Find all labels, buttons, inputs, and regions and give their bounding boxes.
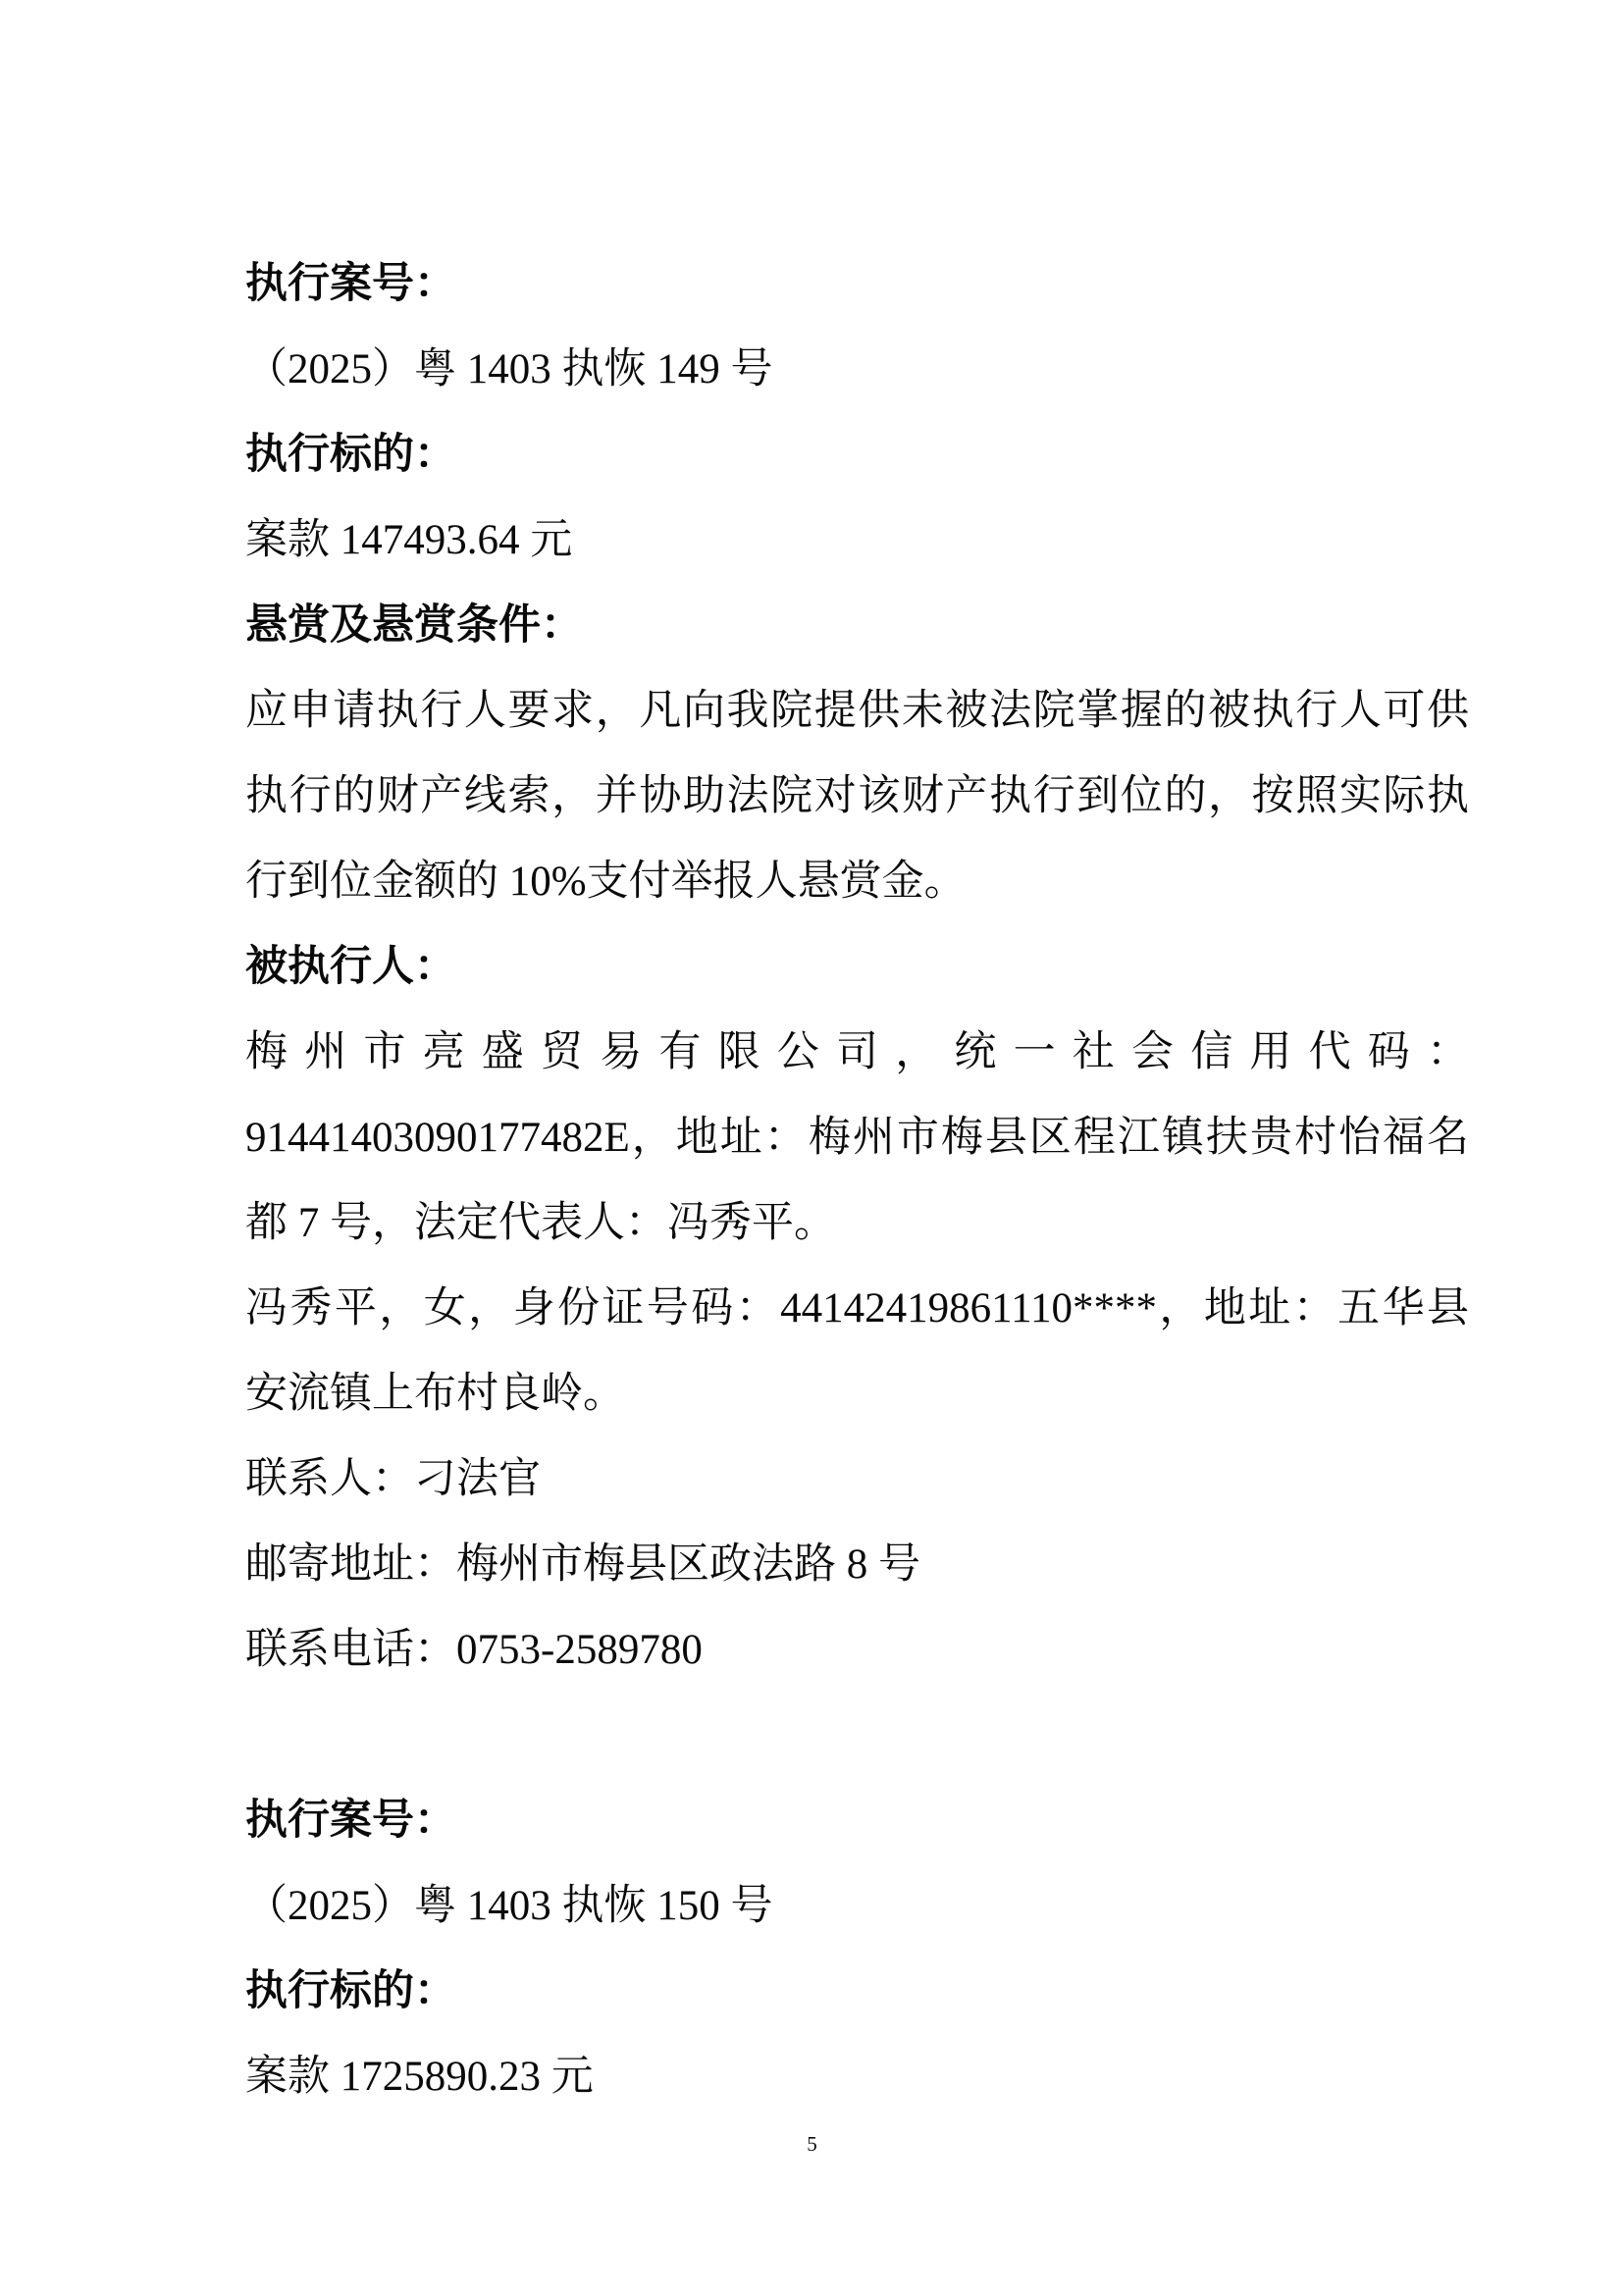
document-line: （2025）粤 1403 执恢 150 号 (245, 1863, 1469, 1949)
section-heading: 被执行人： (245, 924, 1469, 1010)
section-heading: 执行案号： (245, 241, 1469, 327)
document-line: 安流镇上布村良岭。 (245, 1351, 1469, 1436)
document-line: 91441403090177482E，地址：梅州市梅县区程江镇扶贵村怡福名 (245, 1095, 1469, 1180)
document-line: 行到位金额的 10%支付举报人悬赏金。 (245, 839, 1469, 924)
document-page: 执行案号：（2025）粤 1403 执恢 149 号执行标的：案款 147493… (0, 0, 1624, 2296)
section-heading: 执行案号： (245, 1778, 1469, 1863)
document-line: 冯秀平，女，身份证号码：44142419861110****，地址：五华县 (245, 1266, 1469, 1351)
section-heading: 悬赏及悬赏条件： (245, 583, 1469, 668)
document-line: 联系电话：0753-2589780 (245, 1607, 1469, 1693)
document-line: 执行的财产线索，并协助法院对该财产执行到位的，按照实际执 (245, 754, 1469, 839)
document-body: 执行案号：（2025）粤 1403 执恢 149 号执行标的：案款 147493… (245, 241, 1469, 2119)
document-line: 应申请执行人要求，凡向我院提供未被法院掌握的被执行人可供 (245, 668, 1469, 754)
document-line: （2025）粤 1403 执恢 149 号 (245, 327, 1469, 412)
document-line: 邮寄地址：梅州市梅县区政法路 8 号 (245, 1522, 1469, 1607)
document-line: 案款 147493.64 元 (245, 497, 1469, 583)
document-line: 都 7 号，法定代表人：冯秀平。 (245, 1180, 1469, 1266)
page-number: 5 (0, 2122, 1624, 2166)
document-line (245, 1693, 1469, 1778)
section-heading: 执行标的： (245, 412, 1469, 497)
section-heading: 执行标的： (245, 1949, 1469, 2034)
document-line: 梅州市亮盛贸易有限公司，统一社会信用代码： (245, 1010, 1469, 1095)
document-line: 联系人：刁法官 (245, 1436, 1469, 1522)
document-line: 案款 1725890.23 元 (245, 2034, 1469, 2119)
